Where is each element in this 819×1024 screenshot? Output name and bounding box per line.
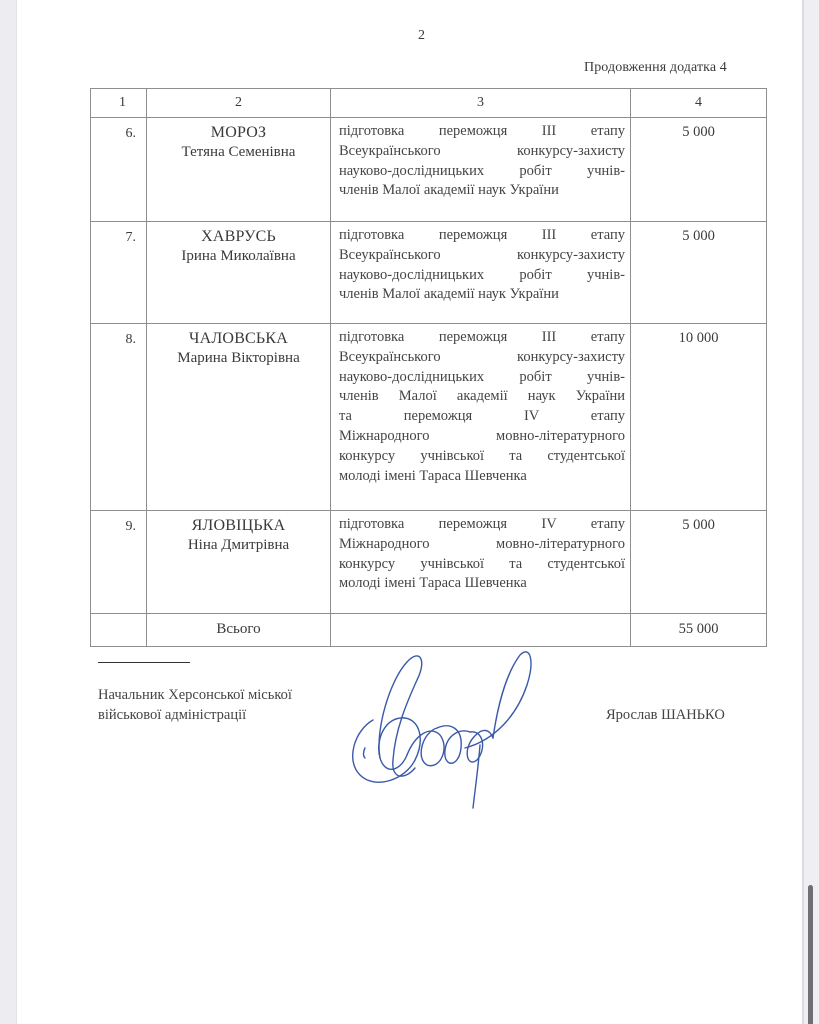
reason-line: молоді імені Тараса Шевченка xyxy=(339,574,625,594)
award-reason: підготовка переможця III етапу Всеукраїн… xyxy=(331,222,631,324)
reason-line: підготовка переможця III етапу xyxy=(339,122,625,142)
award-reason: підготовка переможця III етапу Всеукраїн… xyxy=(331,118,631,222)
recipient-surname: МОРОЗ xyxy=(147,123,330,143)
recipient-surname: ЧАЛОВСЬКА xyxy=(147,329,330,349)
table-row: 9. ЯЛОВІЦЬКА Ніна Дмитрівна підготовка п… xyxy=(91,511,767,614)
award-amount: 10 000 xyxy=(631,324,767,511)
viewer-left-margin xyxy=(0,0,17,1024)
row-number: 9. xyxy=(91,511,147,614)
row-number: 6. xyxy=(91,118,147,222)
reason-line: підготовка переможця III етапу xyxy=(339,226,625,246)
signer-position-line: Начальник Херсонської міської xyxy=(98,685,292,705)
recipient-name: ХАВРУСЬ Ірина Миколаївна xyxy=(147,222,331,324)
award-reason: підготовка переможця III етапу Всеукраїн… xyxy=(331,324,631,511)
table-row: 8. ЧАЛОВСЬКА Марина Вікторівна підготовк… xyxy=(91,324,767,511)
appendix-continuation-note: Продовження додатка 4 xyxy=(584,60,727,76)
column-header-3: 3 xyxy=(331,89,631,118)
reason-line: науково-дослідницьких робіт учнів- xyxy=(339,266,625,286)
reason-line: конкурсу учнівської та студентської xyxy=(339,447,625,467)
award-amount: 5 000 xyxy=(631,222,767,324)
reason-line: Всеукраїнського конкурсу-захисту xyxy=(339,142,625,162)
reason-line: науково-дослідницьких робіт учнів- xyxy=(339,368,625,388)
signer-position: Начальник Херсонської міської військової… xyxy=(98,685,292,725)
reason-line: членів Малої академії наук України xyxy=(339,285,625,305)
reason-line: членів Малої академії наук України xyxy=(339,181,625,201)
scrollbar-track[interactable] xyxy=(802,0,819,1024)
recipient-name: МОРОЗ Тетяна Семенівна xyxy=(147,118,331,222)
table-header-row: 1 2 3 4 xyxy=(91,89,767,118)
awards-table: 1 2 3 4 6. МОРОЗ Тетяна Семенівна підгот… xyxy=(90,88,767,647)
column-header-1: 1 xyxy=(91,89,147,118)
signer-position-line: військової адміністрації xyxy=(98,705,292,725)
reason-line: підготовка переможця IV етапу xyxy=(339,515,625,535)
total-amount: 55 000 xyxy=(631,614,767,647)
reason-line: Міжнародного мовно-літературного xyxy=(339,427,625,447)
reason-line: та переможця IV етапу xyxy=(339,407,625,427)
signature-separator-line xyxy=(98,662,190,663)
reason-line: конкурсу учнівської та студентської xyxy=(339,555,625,575)
reason-line: Всеукраїнського конкурсу-захисту xyxy=(339,246,625,266)
total-empty-cell xyxy=(91,614,147,647)
reason-line: Міжнародного мовно-літературного xyxy=(339,535,625,555)
table-row: 7. ХАВРУСЬ Ірина Миколаївна підготовка п… xyxy=(91,222,767,324)
handwritten-signature xyxy=(345,640,545,810)
reason-line: молоді імені Тараса Шевченка xyxy=(339,467,625,487)
recipient-given-names: Тетяна Семенівна xyxy=(147,143,330,163)
page-number: 2 xyxy=(418,28,425,44)
reason-line: членів Малої академії наук України xyxy=(339,387,625,407)
reason-line: підготовка переможця III етапу xyxy=(339,328,625,348)
table-row: 6. МОРОЗ Тетяна Семенівна підготовка пер… xyxy=(91,118,767,222)
recipient-name: ЧАЛОВСЬКА Марина Вікторівна xyxy=(147,324,331,511)
recipient-given-names: Ірина Миколаївна xyxy=(147,247,330,267)
signer-name: Ярослав ШАНЬКО xyxy=(606,707,725,724)
row-number: 8. xyxy=(91,324,147,511)
recipient-given-names: Марина Вікторівна xyxy=(147,349,330,369)
recipient-surname: ЯЛОВІЦЬКА xyxy=(147,516,330,536)
scrollbar-thumb[interactable] xyxy=(808,885,813,1024)
award-amount: 5 000 xyxy=(631,118,767,222)
reason-line: Всеукраїнського конкурсу-захисту xyxy=(339,348,625,368)
award-amount: 5 000 xyxy=(631,511,767,614)
column-header-4: 4 xyxy=(631,89,767,118)
recipient-given-names: Ніна Дмитрівна xyxy=(147,536,330,556)
reason-line: науково-дослідницьких робіт учнів- xyxy=(339,162,625,182)
total-label: Всього xyxy=(147,614,331,647)
recipient-surname: ХАВРУСЬ xyxy=(147,227,330,247)
award-reason: підготовка переможця IV етапу Міжнародно… xyxy=(331,511,631,614)
column-header-2: 2 xyxy=(147,89,331,118)
recipient-name: ЯЛОВІЦЬКА Ніна Дмитрівна xyxy=(147,511,331,614)
row-number: 7. xyxy=(91,222,147,324)
